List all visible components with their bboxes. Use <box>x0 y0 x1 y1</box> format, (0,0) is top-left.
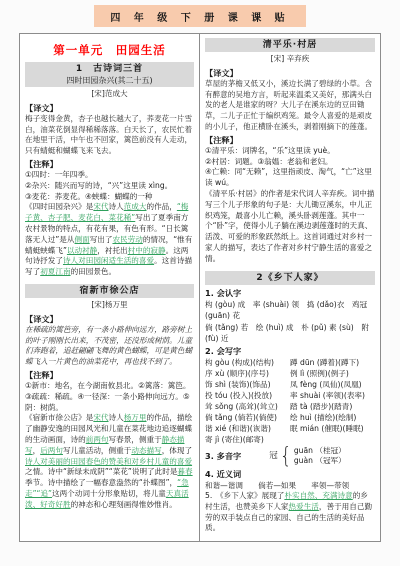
poem2-notes-list: ①新市：地名，在今湖南攸县北。②篱落：篱笆。③疏疏：稀疏。④一径深：一条小路伸向… <box>25 381 194 413</box>
lesson2-renzi-label: 1. 会认字 <box>205 287 375 299</box>
note-line: ①清平乐：词牌名，“乐”这里读 yuè。 <box>205 146 375 157</box>
poem2-analysis: 《宿新市徐公店》是宋代诗人杨万里的作品，描绘了幽静安逸的田园风光和儿童在菜花地边… <box>25 413 194 510</box>
highlight-span: 村中的寂静 <box>128 246 166 255</box>
vocab-line: 倘 (tǎng) 若 绘 (huì) 成 朴 (pǔ) 素 (sù) 附 (fù… <box>205 322 375 345</box>
vocab-cell: 绘 huì (描绘)(绘制) <box>290 412 375 423</box>
text-span: 诗人 <box>109 202 124 211</box>
text-span: 诗人 <box>109 413 124 422</box>
vocab-cell: 踏 tà (踏步)(踏青) <box>290 401 375 412</box>
vocab-cell: 构 gòu (构成)(结构) <box>205 357 290 368</box>
poem3-zhushi-label: 【注释】 <box>205 134 375 146</box>
highlight-span: 后两句 <box>40 446 63 455</box>
text-span: ，体现了 <box>162 446 192 455</box>
vocab-cell: 序 xù (顺序)(序号) <box>205 368 290 379</box>
vocab-cell: 投 tóu (投入)(投放) <box>205 390 290 401</box>
text-span: 的神态和心理刻画得惟妙惟肖。 <box>71 500 177 509</box>
poem3-analysis: 《清平乐·村居》的作者是宋代词人辛弃疾。词中描写三个儿子形象的句子是：大儿锄豆溪… <box>205 189 375 265</box>
poem2-author: [宋]杨万里 <box>25 300 194 311</box>
unit-title: 第一单元 田园生活 <box>25 43 194 57</box>
polyphone-readings: guān （桂冠）guàn （冠军） <box>294 446 346 467</box>
poem1-analysis: 《四时田园杂兴》是宋代诗人范成大的作品，“梅子黄、杏子肥、麦花白、菜花稀”写出了… <box>25 202 194 278</box>
poem1-title: 四时田园杂兴(其二十五) <box>25 75 194 86</box>
poem1-yiwen-label: 【译文】 <box>25 102 194 114</box>
vocab-cell: 例 lì (照例)(例子) <box>290 368 375 379</box>
note-line: ④亡赖：同“无赖”，这里指顽皮、淘气，“亡”这里读 wú。 <box>205 167 375 189</box>
text-span: 写儿童活动，侧重于 <box>63 446 131 455</box>
highlight-span: 范成大 <box>124 202 147 211</box>
text-span: 《宿新市徐公店》是 <box>25 413 93 422</box>
content-sheet: 第一单元 田园生活 1 古诗词三首 四时田园杂兴(其二十五) [宋]范成大 【译… <box>19 33 381 542</box>
poem3-notes-list: ①清平乐：词牌名，“乐”这里读 yuè。②村居：词题。③翁媪：老翁和老妇。④亡赖… <box>205 146 375 189</box>
poem1-author: [宋]范成大 <box>25 89 194 100</box>
poem1-zhushi-label: 【注释】 <box>25 158 194 170</box>
text-span: 写出了 <box>90 235 113 244</box>
text-span: 的作品， <box>147 202 177 211</box>
text-span: ，衬托出 <box>97 246 127 255</box>
poem2-zhushi-label: 【注释】 <box>25 369 194 381</box>
lesson2-xiezi-label: 2. 会写字 <box>205 345 375 357</box>
lesson2-renzi-lines: 构 (gòu) 成 率 (shuài) 领 捣 (dǎo)衣 鸡冠(guān) … <box>205 299 375 345</box>
vocab-line: 构 (gòu) 成 率 (shuài) 领 捣 (dǎo)衣 鸡冠(guān) … <box>205 299 375 322</box>
poem1-yiwen-text: 梅子变得金黄，杏子也越长越大了，荞麦花一片雪白，油菜花倒显得稀稀落落。白天长了，… <box>25 114 194 157</box>
vocab-row: 谐 xié (和谐)(诙谐)眠 mián (催眠)(睡眠) <box>205 423 375 434</box>
highlight-span: 朴实自然、充满诗意 <box>284 491 352 500</box>
synonyms-line: 和谐—谐调 倘若—如果 率领—带领 <box>205 480 375 492</box>
vocab-row: 投 tóu (投入)(投放)率 shuài (率领)(表率) <box>205 390 375 401</box>
note-line: ③麦花：荞麦花。④蛱蝶：蝴蝶的一种 <box>25 192 194 203</box>
polyphone-reading: guàn （冠军） <box>294 456 346 467</box>
text-span: 季节。诗中描绘了一幅春意盎然的“扑蝶图”， <box>25 478 177 487</box>
vocab-cell: 倘 tǎng (倘若)(倘使) <box>205 412 290 423</box>
text-span: 写春景，侧重于 <box>109 435 162 444</box>
vocab-row: 倘 tǎng (倘若)(倘使)绘 huì (描绘)(绘制) <box>205 412 375 423</box>
text-span: 这两个动词十分形象贴切，将儿童 <box>52 489 166 498</box>
highlight-span: 杨万里 <box>124 413 147 422</box>
highlight-span: 热爱生活 <box>289 502 319 511</box>
highlight-span: 动态描写 <box>131 446 161 455</box>
note-line: ①新市：地名，在今湖南攸县北。②篱落：篱笆。③疏疏：稀疏。④一径深：一条小路伸向… <box>25 381 194 413</box>
vocab-cell: 谐 xié (和谐)(诙谐) <box>205 423 290 434</box>
poem2-yiwen-text: 在稀疏的篱笆旁，有一条小路伸向远方，路旁树上的叶子刚刚长出来，不茂密，还没形成树… <box>25 325 194 368</box>
vocab-cell: 蹲 dūn (蹲着)(蹲下) <box>290 357 375 368</box>
highlight-span: 侧面 <box>75 235 90 244</box>
highlight-span: 初夏江南 <box>40 267 70 276</box>
left-column: 第一单元 田园生活 1 古诗词三首 四时田园杂兴(其二十五) [宋]范成大 【译… <box>20 34 200 541</box>
highlight-span: 以动衬静 <box>67 246 97 255</box>
lesson2-summary: 5. 《乡下人家》展现了朴实自然、充满诗意的乡村生活，也赞美乡下人家热爱生活，善… <box>205 491 375 534</box>
lesson2-jinyici-label: 4. 近义词 <box>205 468 375 480</box>
poem3-author: [宋] 辛弃疾 <box>205 54 375 65</box>
poem3-title: 清平乐·村居 <box>205 39 375 51</box>
vocab-row: 饰 shì (装饰)(饰品)凤 fèng (凤仙)(凤凰) <box>205 379 375 390</box>
polyphone-char: 冠 <box>269 451 278 462</box>
lesson2-title: 2《乡下人家》 <box>205 272 375 284</box>
vocab-row: 耸 sǒng (高耸)(耸立)踏 tà (踏步)(踏青) <box>205 401 375 412</box>
text-span: 的田园景色。 <box>71 267 117 276</box>
vocab-cell <box>290 434 375 445</box>
lesson2-section-bar: 2《乡下人家》 <box>205 271 375 285</box>
note-line: ②村居：词题。③翁媪：老翁和老妇。 <box>205 157 375 168</box>
poem2-section-bar: 宿新市徐公店 <box>25 284 194 298</box>
vocab-row: 序 xù (顺序)(序号)例 lì (照例)(例子) <box>205 368 375 379</box>
polyphone-row: 3. 多音字 冠 { guān （桂冠）guàn （冠军） <box>205 446 375 467</box>
text-span: 之情。诗中“新绿未成阴”“菜花”说明了此时是 <box>25 467 177 476</box>
highlight-span: 诗人对美丽的田园春色的赞美和对乡村儿童的喜爱 <box>25 457 192 466</box>
page-banner: 四 年 级 下 册 课 课 贴 <box>94 5 306 27</box>
text-span: 5. 《乡下人家》展现了 <box>205 491 284 500</box>
highlight-span: 宋代 <box>93 413 108 422</box>
banner-title: 四 年 级 下 册 课 课 贴 <box>110 13 289 24</box>
vocab-cell: 凤 fèng (凤仙)(凤凰) <box>290 379 375 390</box>
highlight-span: 诗人对田园闲适生活的喜爱 <box>63 256 154 265</box>
vocab-row: 构 gòu (构成)(结构)蹲 dūn (蹲着)(蹲下) <box>205 357 375 368</box>
lesson2-xiezi-table: 构 gòu (构成)(结构)蹲 dūn (蹲着)(蹲下)序 xù (顺序)(序号… <box>205 357 375 445</box>
poem3-yiwen-label: 【译文】 <box>205 67 375 79</box>
vocab-cell: 寄 jì (寄住)(邮寄) <box>205 434 290 445</box>
highlight-span: 宋代 <box>93 202 108 211</box>
poem1-section-title: 1 古诗词三首 <box>25 63 194 75</box>
poem3-section-bar: 清平乐·村居 <box>205 38 375 52</box>
brace-icon: { <box>280 450 292 462</box>
polyphone-reading: guān （桂冠） <box>294 446 346 457</box>
poem1-notes-list: ①四时：一年四季。②杂兴：随兴而写的诗，“兴”这里读 xìng。③麦花：荞麦花。… <box>25 170 194 202</box>
note-line: ②杂兴：随兴而写的诗，“兴”这里读 xìng。 <box>25 181 194 192</box>
poem1-section-bar: 1 古诗词三首 四时田园杂兴(其二十五) <box>25 62 194 87</box>
highlight-span: 农民劳动 <box>112 235 142 244</box>
highlight-span: 前两句 <box>86 435 109 444</box>
vocab-cell: 耸 sǒng (高耸)(耸立) <box>205 401 290 412</box>
poem2-yiwen-label: 【译文】 <box>25 313 194 325</box>
poem2-title: 宿新市徐公店 <box>25 285 194 297</box>
vocab-cell: 饰 shì (装饰)(饰品) <box>205 379 290 390</box>
vocab-cell: 眠 mián (催眠)(睡眠) <box>290 423 375 434</box>
lesson2-duoyin-label: 3. 多音字 <box>205 451 241 462</box>
right-column: 清平乐·村居 [宋] 辛弃疾 【译文】 草屋的茅檐又低又小，溪边长满了碧绿的小草… <box>200 34 380 541</box>
poem3-yiwen-text: 草屋的茅檐又低又小，溪边长满了碧绿的小草。含有醉意的吴地方言，听起来温柔又美好，… <box>205 79 375 133</box>
vocab-cell: 率 shuài (率领)(表率) <box>290 390 375 401</box>
text-span: 《四时田园杂兴》是 <box>25 202 93 211</box>
highlight-span: 暮春 <box>177 467 192 476</box>
note-line: ①四时：一年四季。 <box>25 170 194 181</box>
